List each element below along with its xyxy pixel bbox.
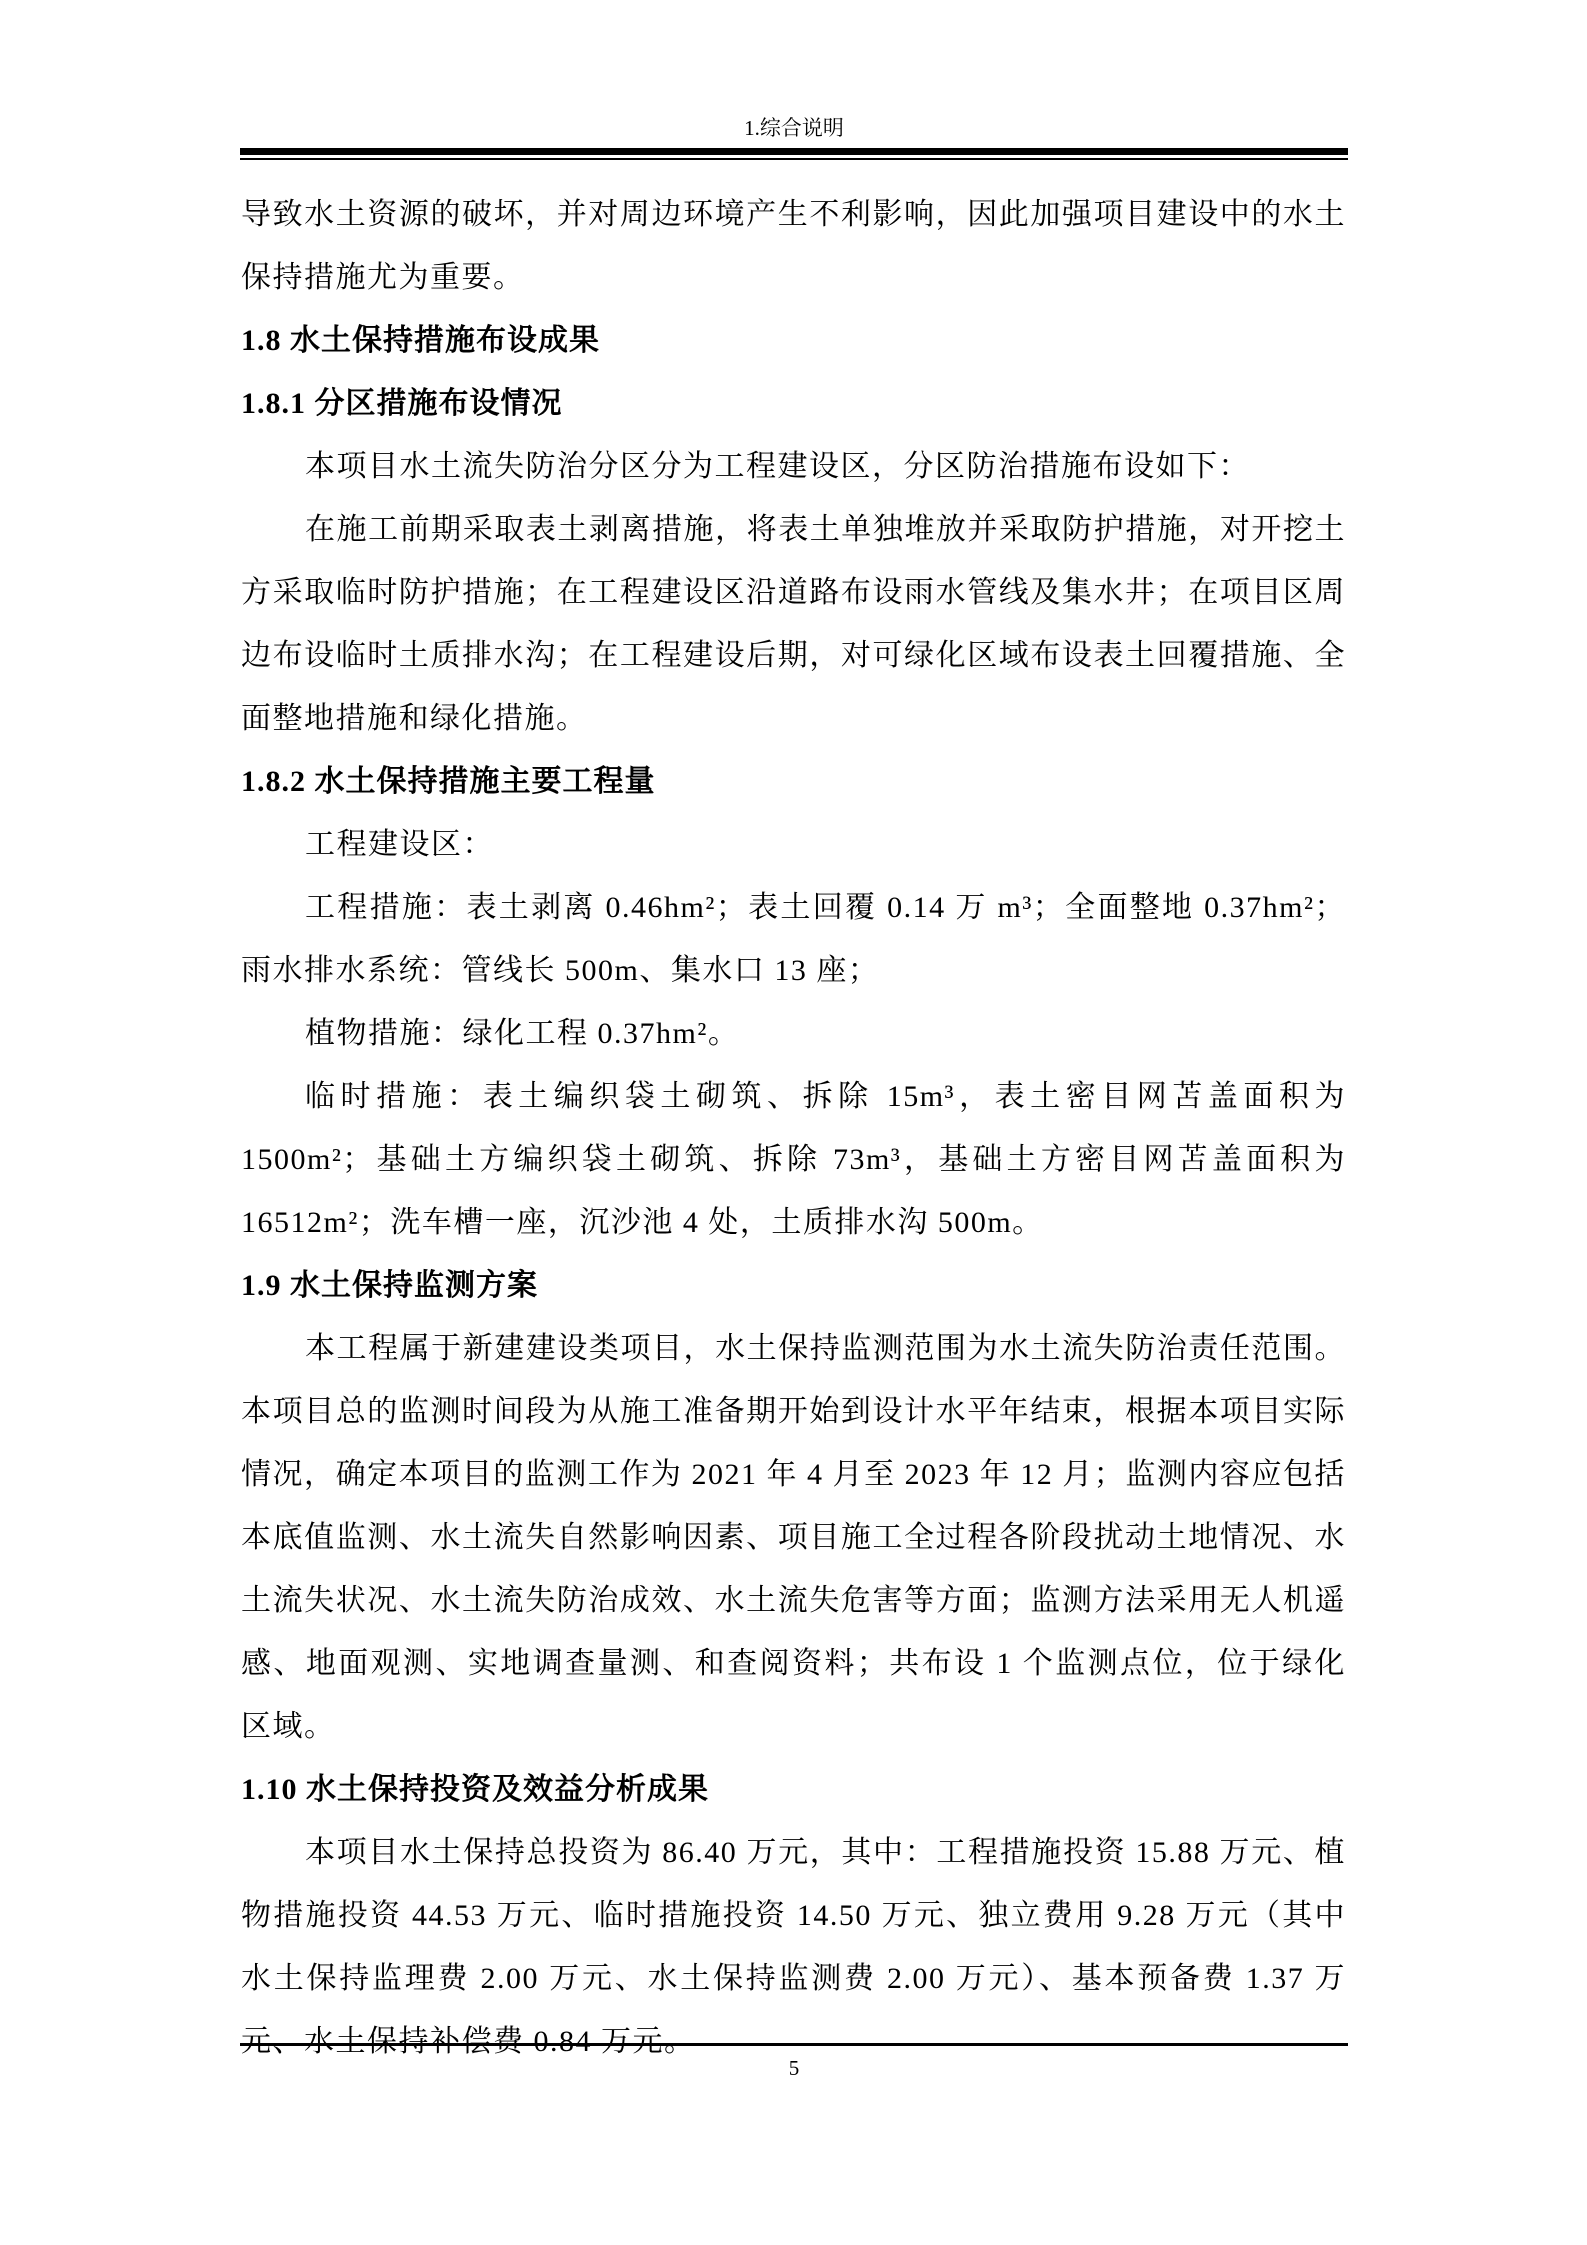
body-content: 导致水土资源的破坏，并对周边环境产生不利影响，因此加强项目建设中的水土保持措施尤… [241,183,1346,2073]
header-rule-thick [240,148,1348,155]
footer-rule [240,2043,1348,2046]
page-number: 5 [240,2054,1348,2082]
subsection-heading-1-8-1: 1.8.1 分区措施布设情况 [241,372,1346,435]
paragraph: 临时措施：表土编织袋土砌筑、拆除 15m³，表土密目网苫盖面积为 1500m²；… [241,1065,1346,1254]
intro-paragraph: 导致水土资源的破坏，并对周边环境产生不利影响，因此加强项目建设中的水土保持措施尤… [241,183,1346,309]
paragraph: 本项目水土保持总投资为 86.40 万元，其中：工程措施投资 15.88 万元、… [241,1821,1346,2073]
paragraph: 工程措施：表土剥离 0.46hm²；表土回覆 0.14 万 m³；全面整地 0.… [241,876,1346,1002]
section-heading-1-9: 1.9 水土保持监测方案 [241,1254,1346,1317]
section-heading-1-10: 1.10 水土保持投资及效益分析成果 [241,1758,1346,1821]
paragraph: 本项目水土流失防治分区分为工程建设区，分区防治措施布设如下： [241,435,1346,498]
subsection-heading-1-8-2: 1.8.2 水土保持措施主要工程量 [241,750,1346,813]
paragraph: 植物措施：绿化工程 0.37hm²。 [241,1002,1346,1065]
header-rule-thin [240,158,1348,160]
paragraph: 在施工前期采取表土剥离措施，将表土单独堆放并采取防护措施，对开挖土方采取临时防护… [241,498,1346,750]
document-page: 1.综合说明 导致水土资源的破坏，并对周边环境产生不利影响，因此加强项目建设中的… [0,0,1587,2245]
paragraph: 工程建设区： [241,813,1346,876]
running-header-title: 1.综合说明 [240,114,1348,142]
section-heading-1-8: 1.8 水土保持措施布设成果 [241,309,1346,372]
paragraph: 本工程属于新建建设类项目，水土保持监测范围为水土流失防治责任范围。本项目总的监测… [241,1317,1346,1758]
